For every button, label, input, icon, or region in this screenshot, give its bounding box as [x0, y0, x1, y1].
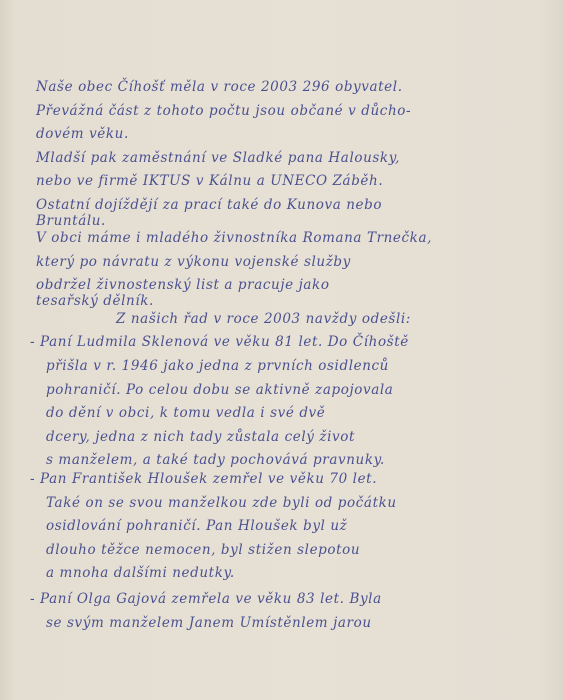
text-line: Převážná část z tohoto počtu jsou občané… [36, 102, 411, 120]
text-line: pohraničí. Po celou dobu se aktivně zapo… [46, 381, 393, 399]
text-line: nebo ve firmě IKTUS v Kálnu a UNECO Zábě… [36, 172, 383, 190]
text-line: Bruntálu. [36, 212, 106, 230]
text-line: do dění v obci, k tomu vedla i své dvě [46, 404, 325, 422]
text-line: tesařský dělník. [36, 292, 154, 310]
text-line: který po návratu z výkonu vojenské služb… [36, 253, 351, 271]
text-line: a mnoha dalšími nedutky. [46, 564, 235, 582]
text-line: přišla v r. 1946 jako jedna z prvních os… [46, 357, 389, 375]
text-line: Naše obec Číhošť měla v roce 2003 296 ob… [36, 78, 403, 96]
text-line: Také on se svou manželkou zde byli od po… [46, 494, 397, 512]
list-item-line: - Pan František Hloušek zemřel ve věku 7… [30, 470, 377, 488]
text-line: dlouho těžce nemocen, byl stižen slepoto… [46, 541, 360, 559]
text-line: dcery, jedna z nich tady zůstala celý ži… [46, 428, 355, 446]
text-line: V obci máme i mladého živnostníka Romana… [36, 229, 432, 247]
text-line: s manželem, a také tady pochovává pravnu… [46, 451, 385, 469]
text-line: osidlování pohraničí. Pan Hloušek byl už [46, 517, 347, 535]
text-line: Mladší pak zaměstnání ve Sladké pana Hal… [36, 149, 400, 167]
text-line: se svým manželem Janem Umístěnlem jarou [46, 614, 372, 632]
text-line: Z našich řad v roce 2003 navždy odešli: [116, 310, 411, 328]
list-item-line: - Paní Olga Gajová zemřela ve věku 83 le… [30, 590, 382, 608]
text-line: dovém věku. [36, 125, 129, 143]
handwritten-chronicle-page: Naše obec Číhošť měla v roce 2003 296 ob… [0, 0, 564, 700]
list-item-line: - Paní Ludmila Sklenová ve věku 81 let. … [30, 333, 409, 351]
